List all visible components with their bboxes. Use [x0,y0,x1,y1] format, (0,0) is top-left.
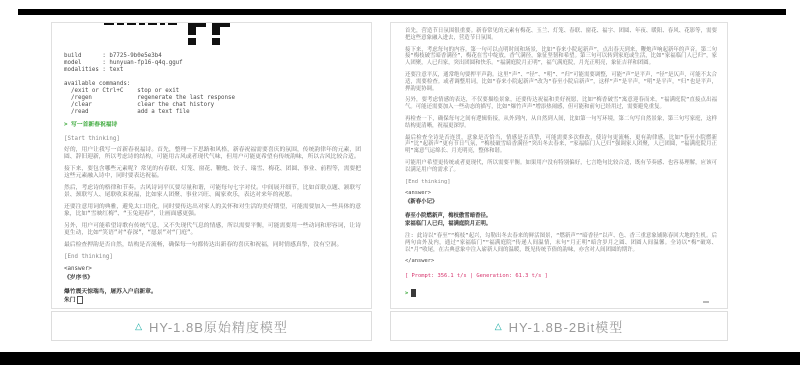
end-thinking-tag: [End thinking] [64,254,361,261]
scrollbar-thumb[interactable] [703,301,709,303]
poem-title: 《岁序书》 [64,275,361,282]
end-thinking-tag: [End thinking] [405,179,717,186]
triangle-icon: △ [495,322,502,331]
thinking-text: 首先，营造节日氛围很重要。新春常见的元素有梅花、玉兰、灯笼、春联、窗花、福字、团… [405,28,717,174]
right-caption: △ HY-1.8B-2Bit模型 [390,311,728,341]
right-terminal-window: 首先，营造节日氛围很重要。新春常见的元素有梅花、玉兰、灯笼、春联、窗花、福字、团… [390,22,728,309]
prompt-chevron: > [405,290,408,296]
left-caption-label: HY-1.8B原始精度模型 [149,317,288,336]
answer-open-tag: <answer> [405,190,717,197]
right-caption-label: HY-1.8B-2Bit模型 [509,317,624,336]
right-model-group: 首先，营造节日氛围很重要。新春常见的元素有梅花、玉兰、灯笼、春联、窗花、福字、团… [390,22,728,341]
left-terminal-window: build : b7725-9b0e5e3b4model : hunyuan-f… [51,22,372,309]
poem-line: 爆竹震天惊瑞鸟，屠苏入户启新章。 [64,288,361,296]
bottom-black-bar [0,352,800,365]
poem-note: 注: 此诗以“春至”“梅枝”起兴，勾勒出冬去春来的鲜活图景，“燃新声”“暗香径”… [405,233,717,253]
left-caption: △ HY-1.8B原始精度模型 [51,311,372,341]
poem-title: 《新春小记》 [405,199,717,206]
hunyuan-ascii-logo [104,22,361,47]
poem-line: 春至小院燃新声，梅枝傲雪暗香径。 [405,212,717,220]
triangle-icon: △ [135,322,142,331]
shell-prompt-line[interactable]: > [405,289,717,297]
commands-header: available commands: [64,81,361,88]
start-thinking-tag: [Start thinking] [64,136,361,143]
throughput-stats: [ Prompt: 356.1 t/s | Generation: 61.3 t… [405,273,717,280]
answer-close-tag: </answer> [405,258,717,265]
user-prompt: > 写一首新春祝福诗 [64,122,361,129]
build-info: build : b7725-9b0e5e3b4model : hunyuan-f… [64,53,361,74]
text-cursor [77,296,83,304]
poem-line: 家福临门人已归，福满庭院月正明。 [405,220,717,228]
answer-open-tag: <answer> [64,266,361,273]
top-divider-bar [18,9,786,15]
commands-list: /exit or Ctrl+C stop or exit /regen rege… [64,88,361,116]
comparison-panels: build : b7725-9b0e5e3b4model : hunyuan-f… [51,22,728,341]
thinking-text: 好的，用户让我写一首新春祝福诗。首先，整理一下思路和风格，新春祝福需要喜庆的氛围… [64,147,361,249]
block-cursor [411,289,416,297]
poem-line-text: 朱门 [64,298,76,304]
poem-line-partial: 朱门 [64,296,361,305]
left-model-group: build : b7725-9b0e5e3b4model : hunyuan-f… [51,22,372,341]
